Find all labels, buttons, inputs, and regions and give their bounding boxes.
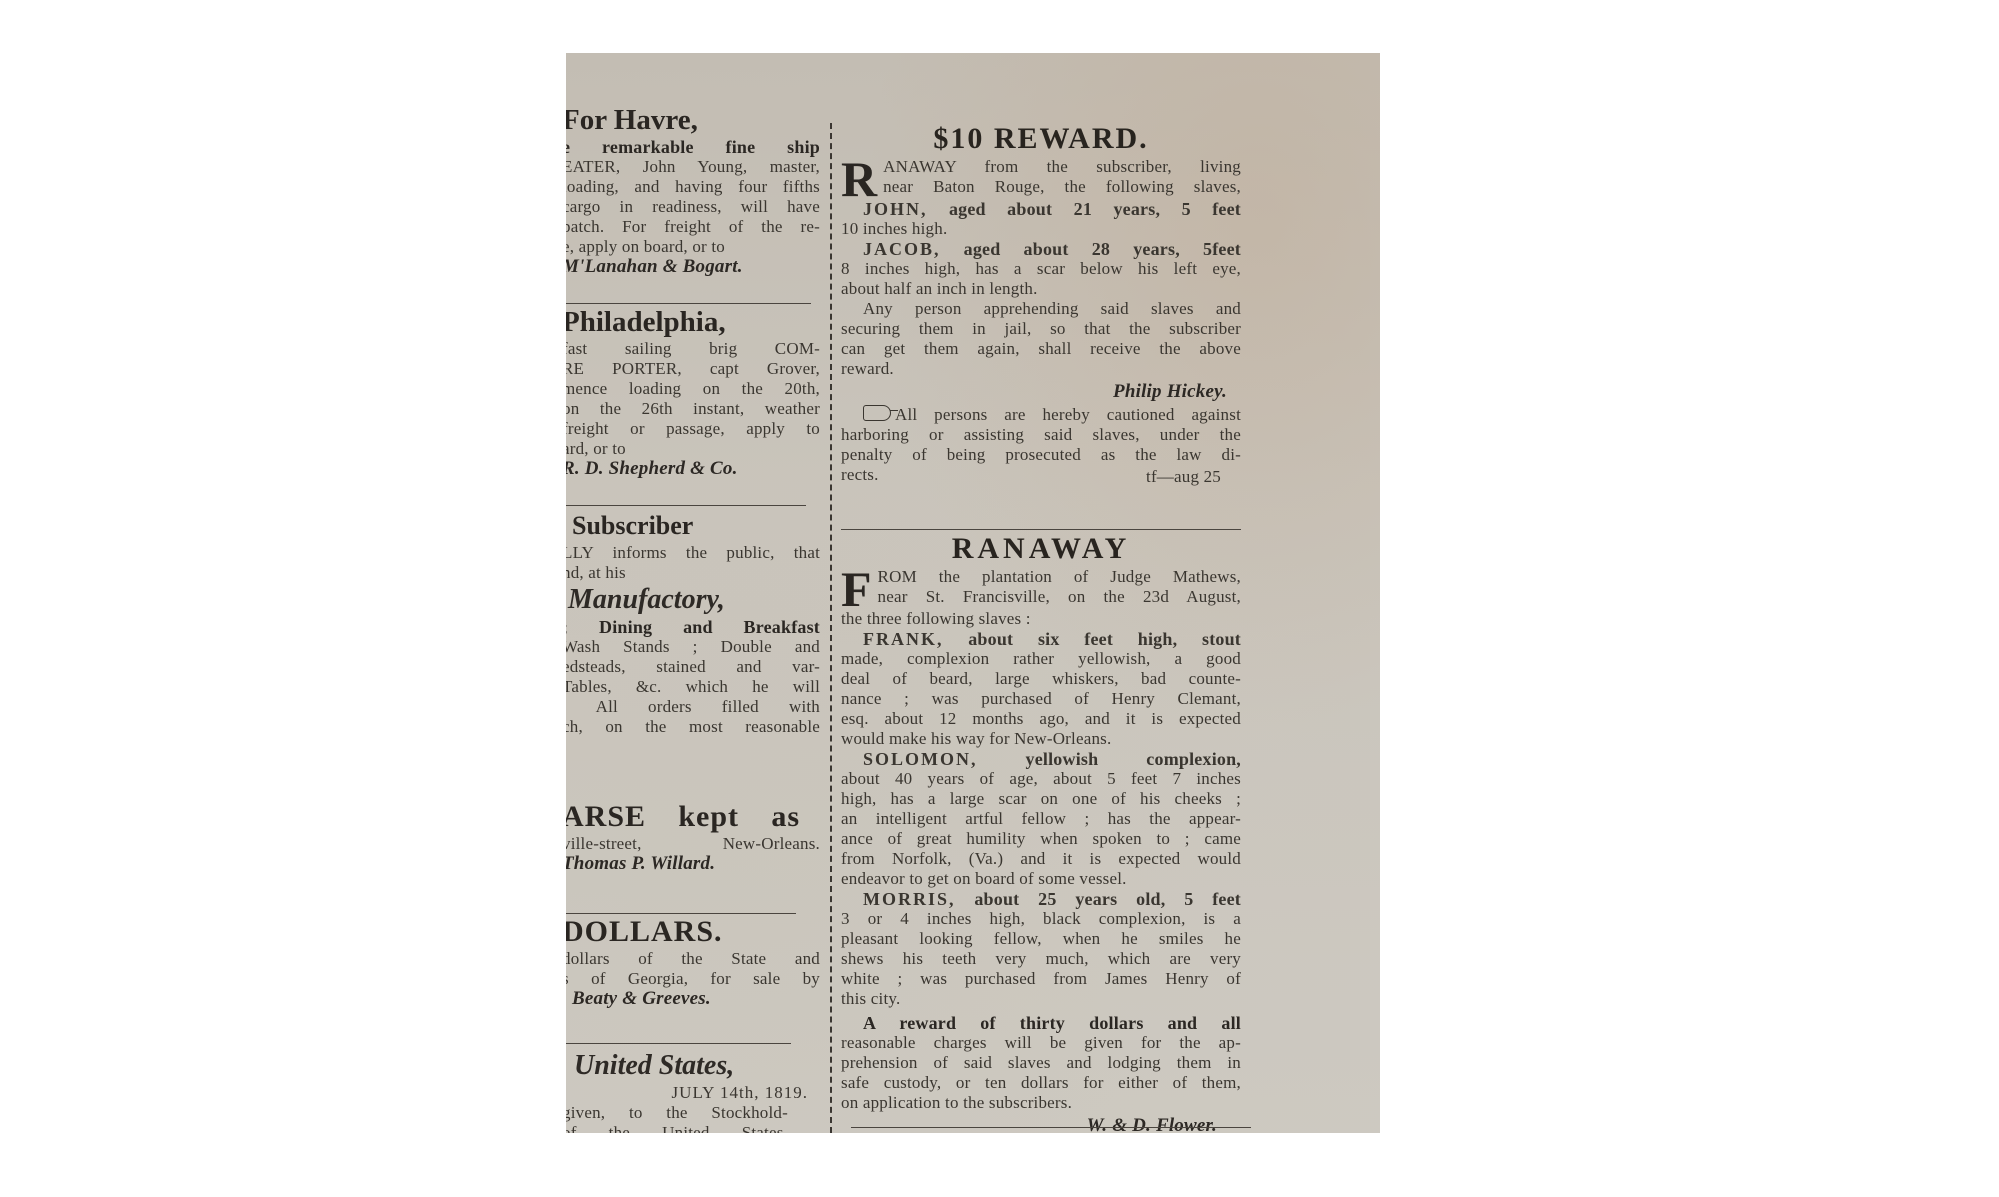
ad-heading: For Havre, — [566, 103, 820, 137]
notice-line: near Baton Rouge, the following slaves, — [841, 177, 1241, 197]
ad-heading: ARSE kept as — [566, 800, 800, 834]
ad-line: ch, on the most reasonable — [566, 717, 820, 737]
divider-rule — [566, 303, 811, 304]
ad-line: mence loading on the 20th, — [566, 379, 820, 399]
ad-philadelphia: Philadelphia, fast sailing brig COM- RE … — [566, 305, 820, 479]
ad-line: RE PORTER, capt Grover, — [566, 359, 820, 379]
notice-intro: F ROM the plantation of Judge Mathews, n… — [841, 567, 1241, 609]
ad-line: ard, or to — [566, 439, 820, 459]
ad-heading: DOLLARS. — [566, 915, 820, 949]
notice-line: near St. Francisville, on the 23d August… — [841, 587, 1241, 607]
right-column: $10 REWARD. R ANAWAY from the subscriber… — [841, 53, 1341, 1133]
ad-line: e, apply on board, or to — [566, 237, 820, 257]
notice-line: on application to the subscribers. — [841, 1093, 1241, 1113]
drop-cap: F — [841, 569, 872, 609]
ad-heading: Philadelphia, — [566, 305, 820, 339]
notice-line: an intelligent artful fellow ; has the a… — [841, 809, 1241, 829]
ad-line: given, to the Stockhold- — [566, 1103, 788, 1123]
notice-line: can get them again, shall receive the ab… — [841, 339, 1241, 359]
left-column: For Havre, e remarkable fine ship EATER,… — [566, 53, 824, 1133]
notice-line: harboring or assisting said slaves, unde… — [841, 425, 1241, 445]
slave-name: SOLOMON, — [863, 749, 978, 769]
slave-name: JOHN, — [863, 199, 928, 219]
notice-line: nance ; was purchased of Henry Clemant, — [841, 689, 1241, 709]
ad-line: of the United States, — [566, 1123, 788, 1133]
notice-line: 8 inches high, has a scar below his left… — [841, 259, 1241, 279]
drop-cap: R — [841, 159, 877, 199]
ad-signature: Beaty & Greeves. — [566, 989, 820, 1009]
pointing-hand-icon — [863, 405, 891, 421]
ad-line: Wash Stands ; Double and — [566, 637, 820, 657]
ad-hearse: ARSE kept as ville-street, New-Orleans. … — [566, 800, 820, 874]
notice-line: ROM the plantation of Judge Mathews, — [841, 567, 1241, 587]
notice-line: about half an inch in length. — [841, 279, 1241, 299]
notice-reward: $10 REWARD. R ANAWAY from the subscriber… — [841, 121, 1241, 487]
notice-line: this city. — [841, 989, 1241, 1009]
notice-title: $10 REWARD. — [841, 121, 1241, 157]
ad-line: EATER, John Young, master, — [566, 157, 820, 177]
notice-line: ANAWAY from the subscriber, living — [841, 157, 1241, 177]
notice-line: 3 or 4 inches high, black complexion, is… — [841, 909, 1241, 929]
notice-title: RANAWAY — [841, 531, 1241, 567]
notice-line: All persons are hereby cautioned against — [841, 405, 1241, 425]
notice-line: esq. about 12 months ago, and it is expe… — [841, 709, 1241, 729]
ad-havre: For Havre, e remarkable fine ship EATER,… — [566, 103, 820, 277]
notice-line: securing them in jail, so that the subsc… — [841, 319, 1241, 339]
ad-date: JULY 14th, 1819. — [566, 1083, 820, 1103]
ad-dollars: DOLLARS. dollars of the State and s of G… — [566, 915, 820, 1009]
slave-name: FRANK, — [863, 629, 944, 649]
notice-line: MORRIS, about 25 years old, 5 feet — [841, 889, 1241, 909]
ad-subheading: Manufactory, — [566, 583, 820, 617]
notice-line: JACOB, aged about 28 years, 5feet — [841, 239, 1241, 259]
ad-subscriber: Subscriber LLY informs the public, that … — [566, 509, 820, 737]
slave-name: MORRIS, — [863, 889, 956, 909]
ad-line: fast sailing brig COM- — [566, 339, 820, 359]
ad-line: edsteads, stained and var- — [566, 657, 820, 677]
notice-line: endeavor to get on board of some vessel. — [841, 869, 1241, 889]
ad-line: freight or passage, apply to — [566, 419, 820, 439]
ad-heading: United States, — [566, 1049, 820, 1083]
ad-line: LLY informs the public, that — [566, 543, 820, 563]
notice-line: safe custody, or ten dollars for either … — [841, 1073, 1241, 1093]
notice-line: made, complexion rather yellowish, a goo… — [841, 649, 1241, 669]
notice-intro: R ANAWAY from the subscriber, living nea… — [841, 157, 1241, 199]
notice-line: white ; was purchased from James Henry o… — [841, 969, 1241, 989]
notice-line: from Norfolk, (Va.) and it is expected w… — [841, 849, 1241, 869]
ad-line: ville-street, New-Orleans. — [566, 834, 820, 854]
slave-name: JACOB, — [863, 239, 941, 259]
notice-line: Any person apprehending said slaves and — [841, 299, 1241, 319]
divider-rule — [841, 529, 1241, 530]
ad-line: dollars of the State and — [566, 949, 820, 969]
ad-line: Tables, &c. which he will — [566, 677, 820, 697]
ad-line: . All orders filled with — [566, 697, 820, 717]
notice-line: high, has a large scar on one of his che… — [841, 789, 1241, 809]
notice-line: reasonable charges will be given for the… — [841, 1033, 1241, 1053]
notice-line: reward. — [841, 359, 1241, 379]
divider-rule — [851, 1127, 1251, 1128]
notice-line: deal of beard, large whiskers, bad count… — [841, 669, 1241, 689]
divider-rule — [566, 1043, 791, 1044]
notice-line: FRANK, about six feet high, stout — [841, 629, 1241, 649]
ad-line: patch. For freight of the re- — [566, 217, 820, 237]
notice-line: penalty of being prosecuted as the law d… — [841, 445, 1241, 465]
notice-line: ance of great humility when spoken to ; … — [841, 829, 1241, 849]
notice-ranaway: RANAWAY F ROM the plantation of Judge Ma… — [841, 531, 1241, 1133]
ad-united-states: United States, JULY 14th, 1819. given, t… — [566, 1049, 820, 1133]
ad-signature: Thomas P. Willard. — [566, 854, 820, 874]
notice-line: JOHN, aged about 21 years, 5 feet — [841, 199, 1241, 219]
column-divider — [830, 123, 832, 1133]
notice-signature: W. & D. Flower. — [841, 1113, 1241, 1133]
notice-line: the three following slaves : — [841, 609, 1241, 629]
divider-rule — [566, 913, 796, 914]
ad-signature: R. D. Shepherd & Co. — [566, 459, 820, 479]
ad-heading: Subscriber — [566, 509, 820, 543]
notice-line: A reward of thirty dollars and all — [841, 1013, 1241, 1033]
newspaper-page: For Havre, e remarkable fine ship EATER,… — [566, 53, 1380, 1133]
ad-line: nd, at his — [566, 563, 820, 583]
notice-line: SOLOMON, yellowish complexion, — [841, 749, 1241, 769]
ad-line: cargo in readiness, will have — [566, 197, 820, 217]
notice-line: shews his teeth very much, which are ver… — [841, 949, 1241, 969]
ad-line: on the 26th instant, weather — [566, 399, 820, 419]
ad-line: ; Dining and Breakfast — [566, 617, 820, 637]
notice-line: 10 inches high. — [841, 219, 1241, 239]
ad-line: s of Georgia, for sale by — [566, 969, 820, 989]
notice-line: prehension of said slaves and lodging th… — [841, 1053, 1241, 1073]
notice-signature: Philip Hickey. — [841, 379, 1241, 405]
notice-line: would make his way for New-Orleans. — [841, 729, 1241, 749]
ad-line: loading, and having four fifths — [566, 177, 820, 197]
ad-signature: M'Lanahan & Bogart. — [566, 257, 820, 277]
ad-line: e remarkable fine ship — [566, 137, 820, 157]
divider-rule — [566, 505, 806, 506]
notice-dateline: tf—aug 25 — [841, 467, 1241, 487]
notice-line: about 40 years of age, about 5 feet 7 in… — [841, 769, 1241, 789]
notice-line: pleasant looking fellow, when he smiles … — [841, 929, 1241, 949]
